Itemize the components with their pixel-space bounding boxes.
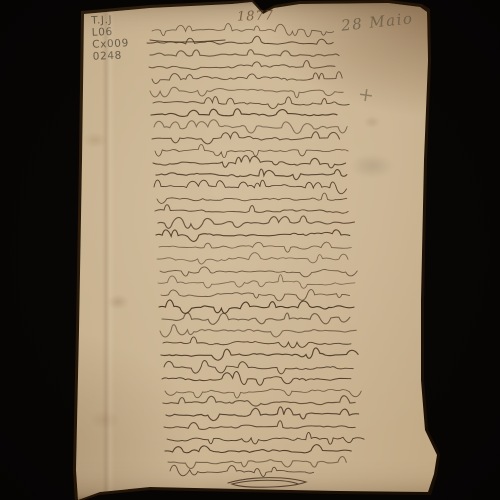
handwriting-line bbox=[164, 421, 355, 430]
handwriting-line bbox=[150, 50, 339, 57]
handwriting-line bbox=[152, 72, 342, 84]
rubric-flourish bbox=[228, 478, 306, 488]
handwriting-line bbox=[161, 290, 350, 301]
handwriting-layer bbox=[0, 0, 500, 500]
handwriting-line bbox=[165, 389, 361, 398]
handwriting-line bbox=[165, 445, 351, 453]
handwriting-line bbox=[153, 97, 349, 109]
archive-stamp-line-4: 0248 bbox=[93, 49, 130, 63]
handwriting-line bbox=[166, 407, 359, 421]
handwriting-line bbox=[160, 267, 357, 277]
handwriting-line bbox=[152, 23, 334, 36]
handwriting-line bbox=[164, 360, 353, 373]
handwriting-line bbox=[157, 193, 347, 203]
handwriting-line bbox=[156, 230, 350, 242]
handwriting-line bbox=[154, 120, 347, 134]
archive-stamp-line-3: Cx009 bbox=[92, 37, 129, 51]
handwriting-line bbox=[152, 132, 339, 144]
handwriting-line bbox=[159, 242, 351, 252]
handwriting-line bbox=[162, 313, 350, 325]
handwriting-line bbox=[154, 180, 346, 194]
handwriting-line bbox=[163, 337, 351, 348]
manuscript-photo: T.J.J L06 Cx009 0248 1877 28 Maio + bbox=[0, 0, 500, 500]
handwriting-line bbox=[147, 36, 333, 44]
handwriting-line bbox=[167, 432, 364, 444]
handwriting-line bbox=[155, 144, 348, 157]
handwriting-line bbox=[159, 300, 354, 313]
margin-cross-mark: + bbox=[357, 83, 376, 107]
handwriting-line bbox=[153, 156, 346, 168]
handwriting-line bbox=[158, 275, 355, 289]
handwriting-line bbox=[170, 465, 314, 476]
handwriting-line bbox=[163, 396, 355, 406]
year-heading: 1877 bbox=[237, 8, 275, 24]
handwriting-line bbox=[155, 205, 348, 213]
handwriting-line bbox=[162, 372, 351, 386]
handwriting-line bbox=[161, 348, 358, 360]
handwriting-line bbox=[158, 216, 354, 229]
handwriting-line bbox=[160, 325, 356, 337]
handwriting-line bbox=[157, 253, 348, 264]
handwriting-line bbox=[168, 456, 346, 468]
archive-stamp: T.J.J L06 Cx009 0248 bbox=[91, 13, 130, 63]
handwriting-line bbox=[151, 109, 337, 117]
handwriting-line bbox=[149, 61, 335, 70]
handwriting-line bbox=[156, 169, 347, 180]
handwriting-line bbox=[150, 87, 343, 98]
